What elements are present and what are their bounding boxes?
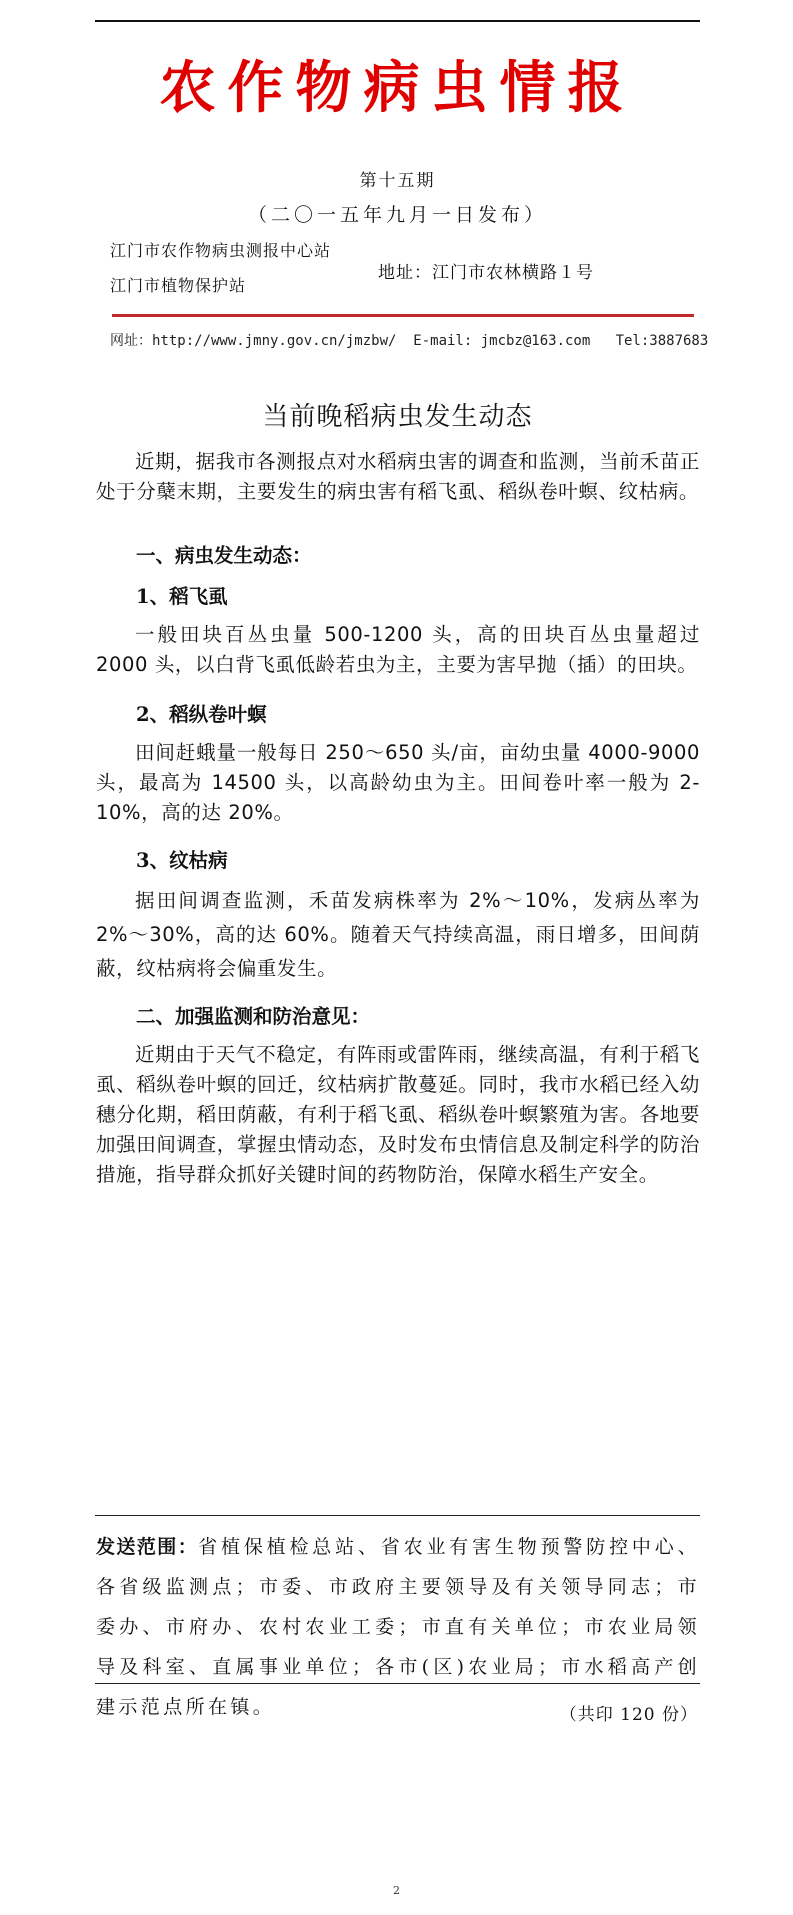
- publisher-org-1: 江门市农作物病虫测报中心站: [110, 238, 331, 261]
- item3-text: 据田间调查监测，禾苗发病株率为 2%～10%，发病丛率为 2%～30%，高的达 …: [96, 884, 700, 986]
- publisher-address: 地址：江门市农林横路１号: [378, 258, 594, 283]
- footer-bottom-rule: [95, 1683, 700, 1684]
- footer-top-rule: [95, 1515, 700, 1516]
- item2-paragraph: 田间赶蛾量一般每日 250～650 头/亩，亩幼虫量 4000-9000 头，最…: [96, 738, 700, 828]
- item2-text: 田间赶蛾量一般每日 250～650 头/亩，亩幼虫量 4000-9000 头，最…: [96, 738, 700, 828]
- article-title: 当前晚稻病虫发生动态: [95, 396, 700, 433]
- item3-paragraph: 据田间调查监测，禾苗发病株率为 2%～10%，发病丛率为 2%～30%，高的达 …: [96, 884, 700, 986]
- item3-heading: 3、纹枯病: [136, 845, 228, 873]
- masthead-title: 农作物病虫情报: [95, 52, 700, 124]
- distribution-label: 发送范围：: [96, 1536, 198, 1558]
- publisher-org-2: 江门市植物保护站: [110, 273, 246, 296]
- item2-heading: 2、稻纵卷叶螟: [136, 699, 267, 727]
- issue-number: 第十五期: [95, 166, 700, 191]
- section1-heading: 一、病虫发生动态：: [136, 540, 312, 568]
- red-divider: [112, 314, 694, 317]
- item1-paragraph: 一般田块百丛虫量 500-1200 头，高的田块百丛虫量超过 2000 头，以白…: [96, 620, 700, 680]
- contact-line: 网址：http://www.jmny.gov.cn/jmzbw/ E-mail:…: [110, 330, 708, 350]
- item1-heading: 1、稻飞虱: [136, 581, 228, 609]
- section2-paragraph: 近期由于天气不稳定，有阵雨或雷阵雨，继续高温，有利于稻飞虱、稻纵卷叶螟的回迁，纹…: [96, 1040, 700, 1190]
- section2-heading: 二、加强监测和防治意见：: [136, 1001, 370, 1029]
- page-number: 2: [0, 1884, 793, 1897]
- intro-paragraph: 近期，据我市各测报点对水稻病虫害的调查和监测，当前禾苗正处于分蘖末期，主要发生的…: [96, 447, 700, 507]
- distribution-text: 省植保植检总站、省农业有害生物预警防控中心、各省级监测点；市委、市政府主要领导及…: [96, 1536, 700, 1718]
- top-rule: [95, 20, 700, 22]
- section2-text: 近期由于天气不稳定，有阵雨或雷阵雨，继续高温，有利于稻飞虱、稻纵卷叶螟的回迁，纹…: [96, 1040, 700, 1190]
- issue-date: （二〇一五年九月一日发布）: [95, 200, 700, 227]
- print-copies: （共印 120 份）: [560, 1700, 698, 1725]
- distribution-list: 发送范围：省植保植检总站、省农业有害生物预警防控中心、各省级监测点；市委、市政府…: [96, 1527, 700, 1727]
- intro-text: 近期，据我市各测报点对水稻病虫害的调查和监测，当前禾苗正处于分蘖末期，主要发生的…: [96, 447, 700, 507]
- item1-text: 一般田块百丛虫量 500-1200 头，高的田块百丛虫量超过 2000 头，以白…: [96, 620, 700, 680]
